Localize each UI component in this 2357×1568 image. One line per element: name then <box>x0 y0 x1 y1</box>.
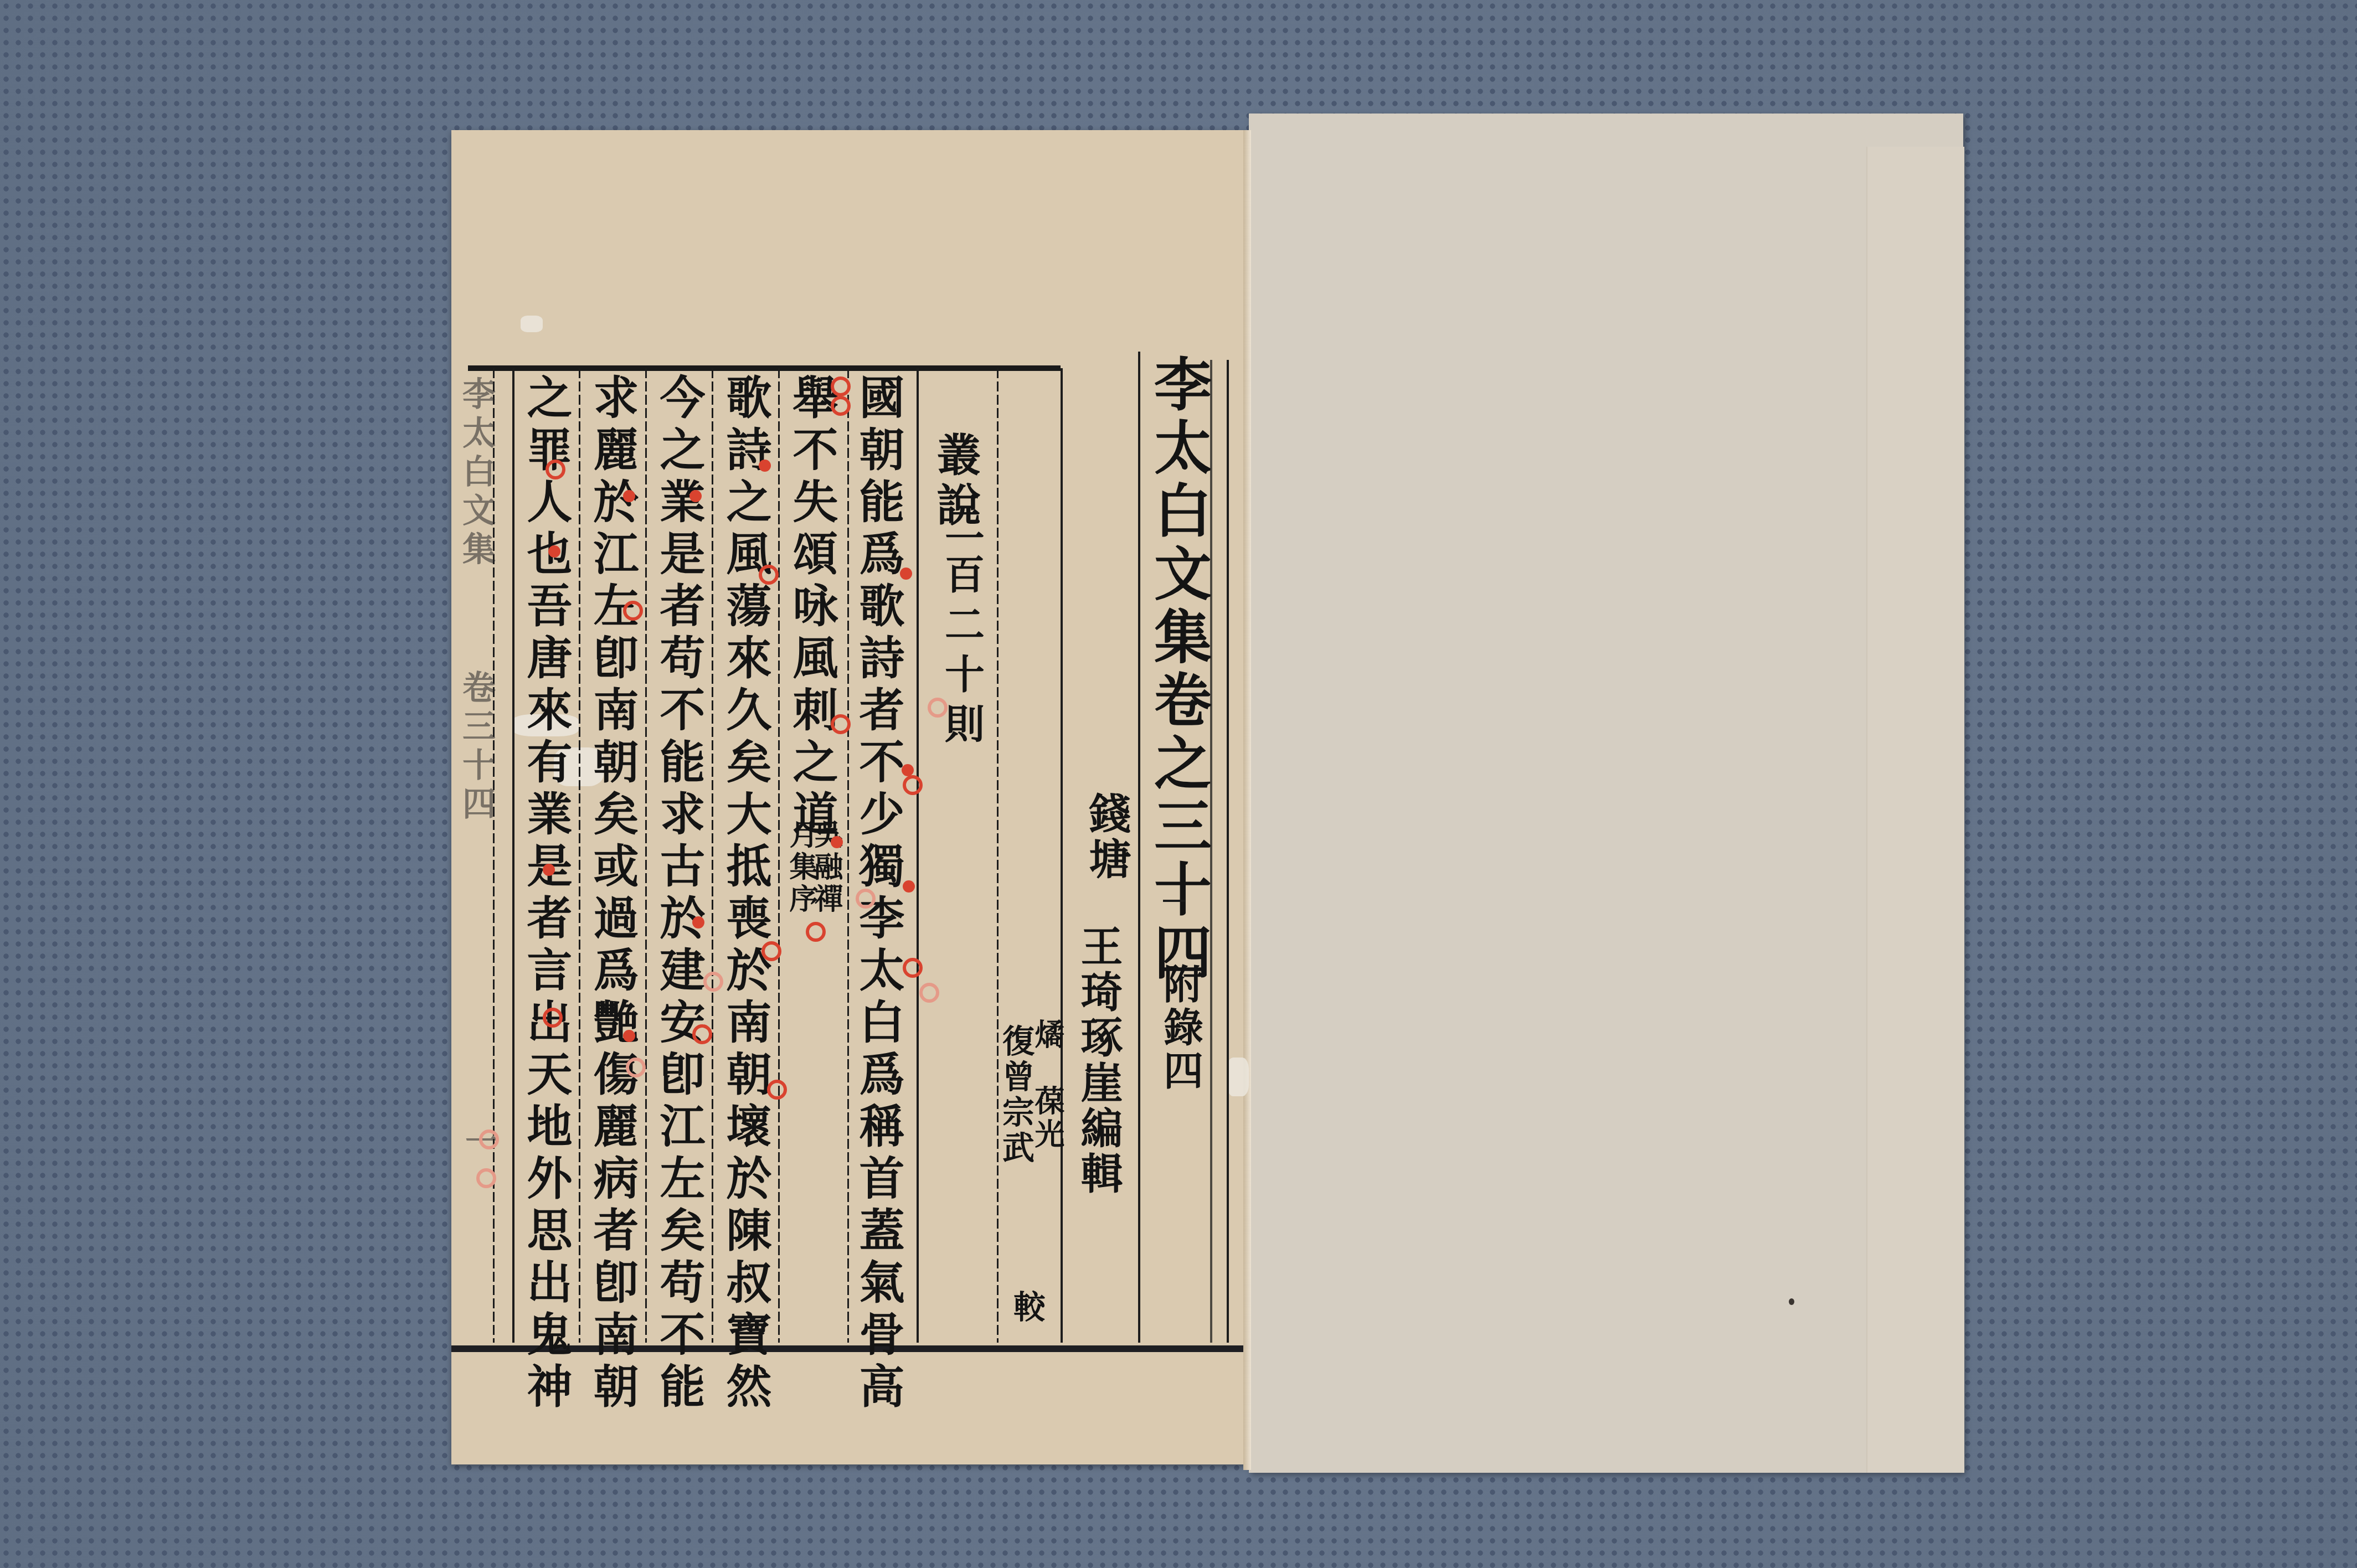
punctuation-dot <box>543 864 555 876</box>
text-column-3: 歌詩之風蕩來久矣大抵喪於南朝壞於陳叔寶然 <box>723 374 768 1415</box>
punctuation-dot <box>548 545 560 558</box>
punctuation-ring <box>759 565 779 585</box>
text-column-5: 求麗於江左卽南朝矣或過爲艷傷麗病者卽南朝 <box>590 374 635 1415</box>
punctuation-dot <box>902 764 914 776</box>
column-rule <box>712 368 713 1343</box>
punctuation-ring <box>831 396 851 416</box>
column-rule <box>847 368 849 1343</box>
punctuation-ring <box>806 922 826 942</box>
paper-speck <box>1789 1298 1794 1305</box>
column-rule <box>997 368 999 1343</box>
punctuation-dot <box>900 568 912 580</box>
punctuation-ring <box>831 376 851 396</box>
book-title: 李太白文集卷之三十四 <box>1149 354 1207 986</box>
block-frame-top <box>468 365 1061 371</box>
column-rule <box>1061 368 1063 1343</box>
title-end-mark <box>1163 900 1185 902</box>
punctuation-ring <box>543 1008 563 1028</box>
punctuation-dot <box>759 460 771 472</box>
proofread-label: 較 <box>1011 1290 1043 1325</box>
compiler-place: 錢塘 <box>1085 792 1128 883</box>
column-rule <box>645 368 647 1343</box>
fold-margin-volume: 卷三十四 <box>460 670 493 825</box>
punctuation-ring <box>476 1168 496 1188</box>
punctuation-ring <box>703 972 723 992</box>
text-column-2: 舉不失頌咏風刺之道 <box>789 374 835 842</box>
punctuation-ring <box>903 958 923 978</box>
punctuation-ring <box>626 1058 646 1077</box>
punctuation-ring <box>903 775 923 795</box>
column-rule <box>1227 360 1229 1343</box>
right-blank-page <box>1249 114 1963 1473</box>
column-rule <box>512 368 514 1343</box>
punctuation-ring <box>623 601 643 621</box>
text-column-6: 之罪人也吾唐來有業是者言出天地外思出鬼神 <box>523 374 569 1415</box>
punctuation-dot <box>689 490 702 502</box>
proofreaders-right: 燏 葆光 <box>1033 1019 1063 1152</box>
punctuation-ring <box>545 460 565 479</box>
punctuation-dot <box>623 490 635 502</box>
subtitle-count: 二百二十則 <box>941 504 981 753</box>
paper-wear <box>521 316 543 332</box>
punctuation-dot <box>831 836 843 848</box>
source-note-line2: 月集序 <box>786 819 815 916</box>
punctuation-ring <box>831 714 851 734</box>
column-rule <box>579 368 580 1343</box>
paper-wear <box>1227 1058 1249 1096</box>
punctuation-dot <box>623 1030 635 1042</box>
punctuation-dot <box>903 880 915 893</box>
page-edge-strip <box>1866 147 1964 1473</box>
punctuation-dot <box>692 916 704 929</box>
punctuation-ring <box>767 1080 787 1100</box>
text-column-4: 今之業是者苟不能求古於建安卽江左矣苟不能 <box>656 374 702 1415</box>
proofreaders-left: 復曾宗武 <box>1000 1024 1032 1166</box>
compiler-name: 王琦琢崖編輯 <box>1077 925 1119 1197</box>
fold-margin-title: 李太白文集 <box>460 376 493 570</box>
section-label: 附錄四 <box>1160 963 1200 1093</box>
punctuation-ring <box>856 889 876 909</box>
punctuation-ring <box>692 1024 712 1044</box>
column-rule <box>778 368 780 1343</box>
punctuation-ring <box>761 941 781 961</box>
punctuation-ring <box>919 983 939 1003</box>
column-rule <box>1138 352 1140 1343</box>
punctuation-ring <box>928 698 948 718</box>
column-rule <box>917 368 919 1343</box>
book-gutter <box>1243 130 1251 1470</box>
punctuation-ring <box>479 1129 499 1149</box>
